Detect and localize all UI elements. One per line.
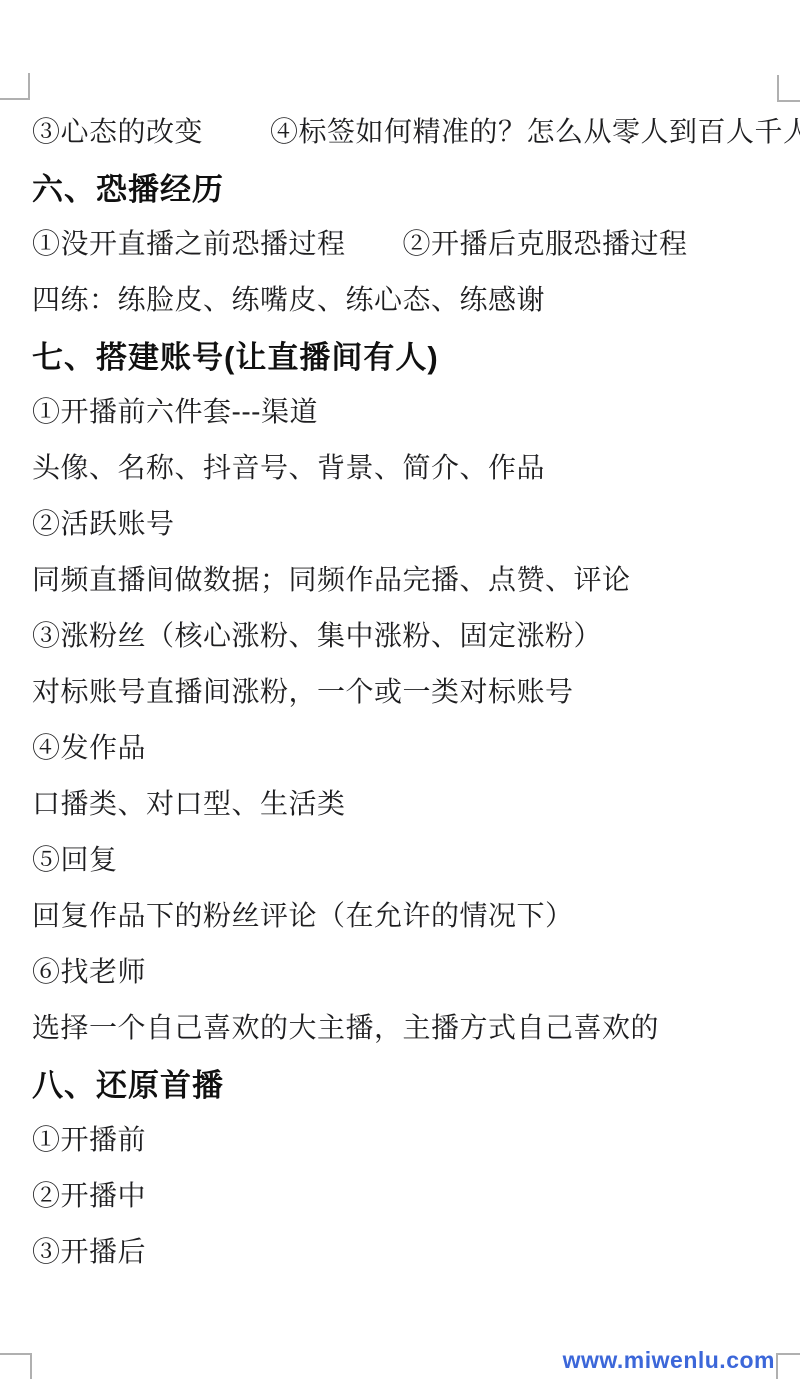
line-text: ①开播前六件套---渠道 [32, 390, 318, 430]
document-line: ③开播后 [32, 1222, 776, 1278]
line-text: ④标签如何精准的？怎么从零人到百人千人的 [270, 110, 800, 150]
line-text: 选择一个自己喜欢的大主播，主播方式自己喜欢的 [32, 1006, 659, 1046]
document-line: ③涨粉丝（核心涨粉、集中涨粉、固定涨粉） [32, 606, 776, 662]
page-margin-corner-mark-top-right [777, 75, 800, 102]
document-line: ②活跃账号 [32, 494, 776, 550]
page-margin-corner-mark-top-left [0, 73, 30, 100]
page-margin-corner-mark-bottom-right [776, 1353, 800, 1379]
document-body: ③心态的改变 ④标签如何精准的？怎么从零人到百人千人的 六、恐播经历 ①没开直播… [32, 102, 776, 1278]
heading-text: 七、搭建账号(让直播间有人) [32, 332, 439, 377]
line-text: ②开播后克服恐播过程 [403, 222, 688, 262]
line-text: ①开播前 [32, 1118, 146, 1158]
line-text: 口播类、对口型、生活类 [32, 782, 346, 822]
document-line: ③心态的改变 ④标签如何精准的？怎么从零人到百人千人的 [32, 102, 776, 158]
section-heading: 七、搭建账号(让直播间有人) [32, 326, 776, 382]
document-line: ①开播前 [32, 1110, 776, 1166]
document-line: 四练：练脸皮、练嘴皮、练心态、练感谢 [32, 270, 776, 326]
heading-text: 八、还原首播 [32, 1060, 224, 1105]
line-text: ③涨粉丝（核心涨粉、集中涨粉、固定涨粉） [32, 614, 602, 654]
section-heading: 六、恐播经历 [32, 158, 776, 214]
document-line: ⑥找老师 [32, 942, 776, 998]
document-page: ③心态的改变 ④标签如何精准的？怎么从零人到百人千人的 六、恐播经历 ①没开直播… [0, 0, 800, 1379]
site-watermark: www.miwenlu.com [563, 1347, 775, 1374]
document-line: 回复作品下的粉丝评论（在允许的情况下） [32, 886, 776, 942]
line-text: 四练：练脸皮、练嘴皮、练心态、练感谢 [32, 278, 545, 318]
document-line: 口播类、对口型、生活类 [32, 774, 776, 830]
line-text: ①没开直播之前恐播过程 [32, 222, 346, 262]
line-text: ③开播后 [32, 1230, 146, 1270]
document-line: ⑤回复 [32, 830, 776, 886]
heading-text: 六、恐播经历 [32, 164, 224, 209]
document-line: ②开播中 [32, 1166, 776, 1222]
section-heading: 八、还原首播 [32, 1054, 776, 1110]
line-text: ⑥找老师 [32, 950, 146, 990]
document-line: 头像、名称、抖音号、背景、简介、作品 [32, 438, 776, 494]
line-text: 对标账号直播间涨粉，一个或一类对标账号 [32, 670, 574, 710]
line-text: ②活跃账号 [32, 502, 175, 542]
line-text: ②开播中 [32, 1174, 146, 1214]
document-line: ①没开直播之前恐播过程 ②开播后克服恐播过程 [32, 214, 776, 270]
document-line: ①开播前六件套---渠道 [32, 382, 776, 438]
page-margin-corner-mark-bottom-left [0, 1353, 32, 1379]
document-line: 同频直播间做数据；同频作品完播、点赞、评论 [32, 550, 776, 606]
line-text: 回复作品下的粉丝评论（在允许的情况下） [32, 894, 574, 934]
line-text: ④发作品 [32, 726, 146, 766]
document-line: ④发作品 [32, 718, 776, 774]
document-line: 对标账号直播间涨粉，一个或一类对标账号 [32, 662, 776, 718]
line-text: ③心态的改变 [32, 110, 203, 150]
document-line: 选择一个自己喜欢的大主播，主播方式自己喜欢的 [32, 998, 776, 1054]
line-text: 头像、名称、抖音号、背景、简介、作品 [32, 446, 545, 486]
line-text: 同频直播间做数据；同频作品完播、点赞、评论 [32, 558, 631, 598]
line-text: ⑤回复 [32, 838, 118, 878]
